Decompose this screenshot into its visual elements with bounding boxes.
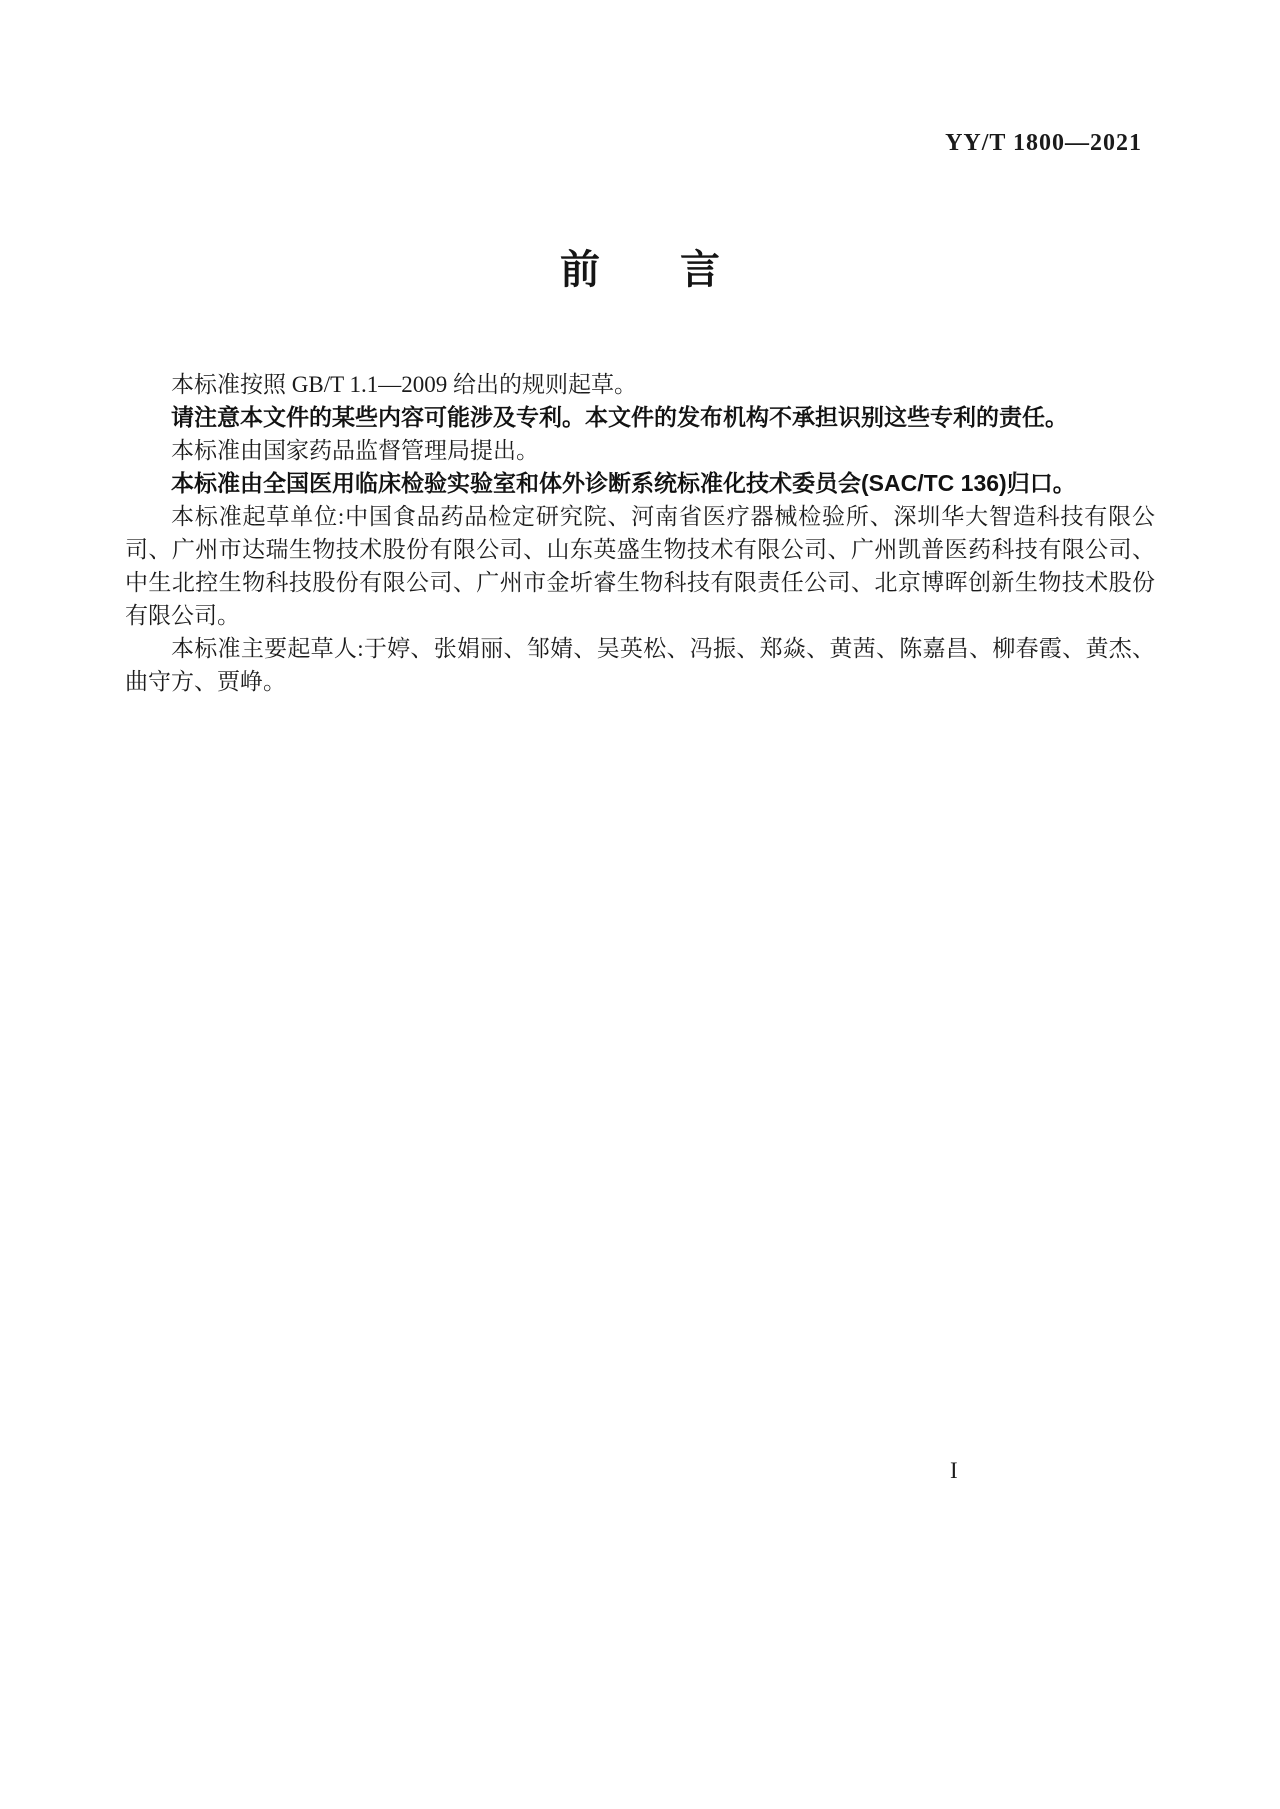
page-number: I [950,1458,958,1484]
paragraph-drafting-organizations: 本标准起草单位:中国食品药品检定研究院、河南省医疗器械检验所、深圳华大智造科技有… [125,500,1155,632]
foreword-title: 前 言 [0,238,1280,295]
paragraph-proposed-by: 本标准由国家药品监督管理局提出。 [125,434,1155,467]
foreword-body: 本标准按照 GB/T 1.1—2009 给出的规则起草。 请注意本文件的某些内容… [125,368,1155,698]
paragraph-centralized-by: 本标准由全国医用临床检验实验室和体外诊断系统标准化技术委员会(SAC/TC 13… [125,467,1155,500]
standard-number: YY/T 1800—2021 [945,130,1142,157]
paragraph-drafting-rule: 本标准按照 GB/T 1.1—2009 给出的规则起草。 [125,368,1155,401]
document-page: YY/T 1800—2021 前 言 本标准按照 GB/T 1.1—2009 给… [0,0,1280,1809]
paragraph-main-drafters: 本标准主要起草人:于婷、张娟丽、邹婧、吴英松、冯振、郑焱、黄茜、陈嘉昌、柳春霞、… [125,632,1155,698]
paragraph-patent-notice: 请注意本文件的某些内容可能涉及专利。本文件的发布机构不承担识别这些专利的责任。 [125,401,1155,434]
